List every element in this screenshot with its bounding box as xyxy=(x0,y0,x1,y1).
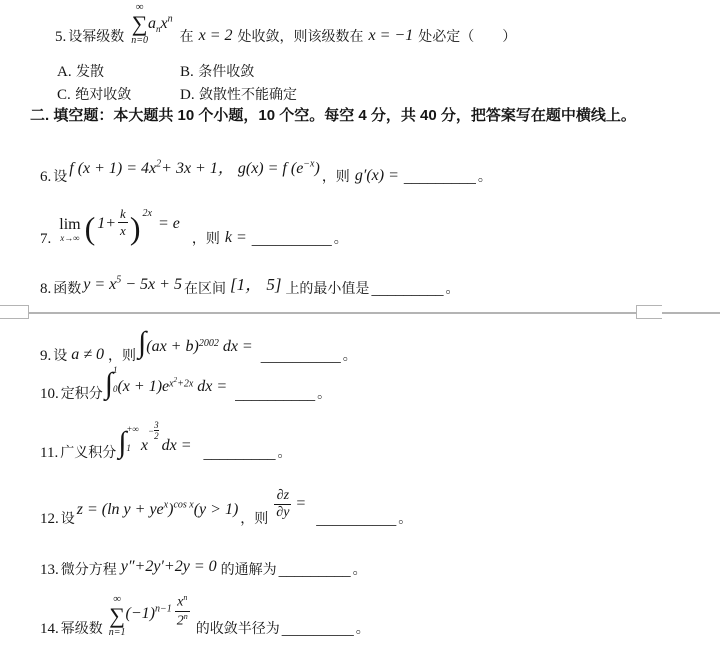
option-a: A. 发散 xyxy=(57,62,178,81)
exponent-fraction: − 3 2 xyxy=(148,420,159,441)
function-definition-formula: f (x + 1) = 4x2+ 3x + 1， g(x) = f (e−x) xyxy=(69,160,320,178)
power-series-formula: ∞ ∑ n=0 anxn xyxy=(131,2,172,46)
interval: [1， 5] xyxy=(230,276,281,295)
differential-equation: y″+2y′+2y = 0 xyxy=(121,558,217,576)
f-part2: + 3x + 1， xyxy=(161,160,234,177)
g-part1: g(x) = f (e xyxy=(238,160,303,177)
answer-blank-9: __________ xyxy=(261,349,341,365)
question-12-mid: ，则 xyxy=(240,509,268,528)
integral-symbol: ∫ xyxy=(105,371,113,397)
e-exp-rest: +2x xyxy=(177,378,193,389)
answer-blank-14: _________ xyxy=(282,622,354,638)
option-d-label: D. xyxy=(180,87,195,103)
answer-blank-8: _________ xyxy=(371,282,443,298)
one-plus: 1+ xyxy=(97,215,116,233)
z-part1: z = (ln y + ye xyxy=(77,501,164,518)
question-14: 14. 幂级数 ∞ ∑ n=1 (−1)n−1 xn 2n 的收敛半径为 ___… xyxy=(40,593,370,638)
question-10: 10. 定积分 ∫ 1 0 (x + 1)e x2+2x dx = ______… xyxy=(40,366,331,403)
option-d: D. 敛散性不能确定 xyxy=(180,85,297,104)
question-7-period: 。 xyxy=(334,229,348,248)
poly-part2: − 5x + 5 xyxy=(125,276,182,293)
question-7-mid: ，则 xyxy=(192,229,220,248)
indefinite-integral-formula: ∫ (ax + b) 2002 dx = xyxy=(138,330,253,356)
dx-equals: dx = xyxy=(162,437,192,455)
integrand: (ax + b) xyxy=(146,338,199,356)
answer-blank-13: _________ xyxy=(279,563,351,579)
question-14-lead: 幂级数 xyxy=(61,619,103,638)
integral-symbol: ∫ xyxy=(118,430,126,456)
question-11: 11. 广义积分 ∫ +∞ 1 x − 3 2 dx = _________ 。 xyxy=(40,420,292,462)
option-a-label: A. xyxy=(57,64,72,80)
question-13-number: 13. xyxy=(40,562,59,579)
polynomial-formula: y = x5 − 5x + 5 xyxy=(83,276,182,294)
f-part1: f (x + 1) = 4x xyxy=(69,160,156,177)
term-x-sup: n xyxy=(168,14,173,25)
fraction-numerator: xn xyxy=(175,593,189,611)
question-9-period: 。 xyxy=(343,346,357,365)
question-7: 7. lim x→∞ ( 1+ k x ) 2x = e ，则 k = ____… xyxy=(40,206,348,248)
question-14-mid: 的收敛半径为 xyxy=(196,619,280,638)
left-paren: ( xyxy=(85,215,96,242)
fraction-denominator: 2n xyxy=(175,611,190,630)
exp-frac-denominator: 2 xyxy=(154,430,159,441)
option-b: B. 条件收敛 xyxy=(180,62,254,81)
question-10-number: 10. xyxy=(40,386,59,403)
question-12-number: 12. xyxy=(40,511,59,528)
question-13-period: 。 xyxy=(353,560,367,579)
power-series-formula-14: ∞ ∑ n=1 (−1)n−1 xn 2n xyxy=(109,593,190,638)
g-derivative: g′(x) = xyxy=(355,167,399,185)
question-12-lead: 设 xyxy=(61,509,75,528)
question-6: 6. 设 f (x + 1) = 4x2+ 3x + 1， g(x) = f (… xyxy=(40,160,492,186)
sum-lower-limit: n=0 xyxy=(131,35,148,46)
question-5-mid1: 在 xyxy=(180,27,194,46)
question-5-tail: 处必定（ ） xyxy=(418,27,516,46)
question-5-mid2: 处收敛，则该级数在 xyxy=(238,27,364,46)
partial-z: ∂z xyxy=(275,488,291,504)
partial-y: ∂y xyxy=(274,504,291,521)
partial-derivative-fraction: ∂z ∂y xyxy=(274,488,291,521)
question-7-number: 7. xyxy=(40,231,51,248)
question-13-lead: 微分方程 xyxy=(61,560,117,579)
neg-one-exponent: n−1 xyxy=(155,603,172,614)
answer-blank-11: _________ xyxy=(204,446,276,462)
question-12: 12. 设 z = (ln y + yex)cos x(y > 1) ，则 ∂z… xyxy=(40,488,412,528)
question-8-lead: 函数 xyxy=(53,279,81,298)
question-5: 5. 设幂级数 ∞ ∑ n=0 anxn 在 x = 2 处收敛，则该级数在 x… xyxy=(55,2,516,46)
z-cosx-exponent: cos x xyxy=(173,500,193,511)
term-a: a xyxy=(148,15,156,32)
k-over-x-fraction: k x xyxy=(118,206,128,239)
option-c-label: C. xyxy=(57,87,71,103)
question-6-period: 。 xyxy=(478,167,492,186)
x-over-2-fraction: xn 2n xyxy=(175,593,190,629)
option-c: C. 绝对收敛 xyxy=(57,85,178,104)
question-10-lead: 定积分 xyxy=(61,384,103,403)
g-exponent: −x xyxy=(303,159,314,170)
z-part3: (y > 1) xyxy=(194,501,239,518)
answer-blank-12: __________ xyxy=(316,512,396,528)
sum-lower-limit: n=1 xyxy=(109,627,126,638)
options-row-2: C. 绝对收敛 D. 敛散性不能确定 xyxy=(57,85,297,104)
question-11-number: 11. xyxy=(40,445,58,462)
question-8-mid2: 上的最小值是 xyxy=(285,279,369,298)
answer-blank-7: __________ xyxy=(252,232,332,248)
definite-integral-formula: ∫ 1 0 (x + 1)e x2+2x dx = xyxy=(105,366,227,396)
question-8: 8. 函数 y = x5 − 5x + 5 在区间 [1， 5] 上的最小值是 … xyxy=(40,276,459,298)
condition-x-neg1: x = −1 xyxy=(369,27,414,45)
question-8-period: 。 xyxy=(445,279,459,298)
question-8-mid1: 在区间 xyxy=(184,279,226,298)
question-5-number: 5. xyxy=(55,29,66,46)
question-9-mid: ，则 xyxy=(108,346,136,365)
frac-den-2: 2 xyxy=(177,613,184,628)
neg-one: (−1) xyxy=(126,605,155,622)
question-12-period: 。 xyxy=(398,509,412,528)
improper-integral-formula: ∫ +∞ 1 x − 3 2 dx = xyxy=(118,420,191,455)
answer-blank-6: _________ xyxy=(404,170,476,186)
section-2-title: 二. 填空题：本大题共 10 个小题，10 个空。每空 4 分，共 40 分，把… xyxy=(30,106,636,126)
question-14-period: 。 xyxy=(356,619,370,638)
fraction-denominator-x: x xyxy=(118,222,128,239)
equals-sign: = xyxy=(295,495,306,513)
page-break-right-marker xyxy=(636,305,662,319)
sigma-stack: ∞ ∑ n=0 xyxy=(131,2,148,46)
integrand: (x + 1)e xyxy=(117,378,169,396)
g-part2: ) xyxy=(314,160,319,177)
integrand-x: x xyxy=(141,437,148,455)
exponent-three-halves: 3 2 xyxy=(154,420,159,441)
question-13-mid: 的通解为 xyxy=(221,560,277,579)
question-6-number: 6. xyxy=(40,169,51,186)
k-equals: k = xyxy=(225,229,247,247)
question-11-period: 。 xyxy=(278,443,292,462)
question-8-number: 8. xyxy=(40,281,51,298)
question-6-lead: 设 xyxy=(53,167,67,186)
sigma-symbol: ∑ xyxy=(132,13,148,35)
exp-frac-numerator: 3 xyxy=(154,420,159,430)
question-6-mid: ，则 xyxy=(322,167,350,186)
equals-e: = e xyxy=(158,215,180,233)
alternating-term: (−1)n−1 xyxy=(126,605,172,623)
condition-x2: x = 2 xyxy=(199,27,233,45)
poly-part1: y = x xyxy=(83,276,116,293)
option-a-text: 发散 xyxy=(76,63,104,79)
question-9: 9. 设 a ≠ 0 ，则 ∫ (ax + b) 2002 dx = _____… xyxy=(40,330,357,365)
fraction-numerator-k: k xyxy=(118,206,128,222)
question-10-period: 。 xyxy=(317,384,331,403)
sum-term: anxn xyxy=(148,15,173,33)
a-not-zero: a ≠ 0 xyxy=(71,346,104,364)
question-9-lead: 设 xyxy=(53,346,67,365)
sigma-stack: ∞ ∑ n=1 xyxy=(109,594,126,638)
option-b-label: B. xyxy=(180,64,194,80)
dx-equals: dx = xyxy=(223,338,253,356)
option-d-text: 敛散性不能确定 xyxy=(199,86,297,102)
question-9-number: 9. xyxy=(40,348,51,365)
lim-subscript: x→∞ xyxy=(60,233,79,244)
term-x: x xyxy=(161,15,168,32)
option-c-text: 绝对收敛 xyxy=(75,86,131,102)
dx-equals: dx = xyxy=(197,378,227,396)
z-definition-formula: z = (ln y + yex)cos x(y > 1) xyxy=(77,501,239,519)
options-row-1: A. 发散 B. 条件收敛 xyxy=(57,62,254,81)
page-break-line xyxy=(0,312,720,314)
question-13: 13. 微分方程 y″+2y′+2y = 0 的通解为 _________ 。 xyxy=(40,558,367,579)
limit-stack: lim x→∞ xyxy=(59,217,80,244)
frac-den-exp: n xyxy=(184,612,188,621)
integral-limits: +∞ 1 xyxy=(126,425,139,455)
e-exponent: x2+2x xyxy=(169,380,193,384)
page-break-left-marker xyxy=(0,305,29,319)
integral-symbol: ∫ xyxy=(138,330,146,356)
option-b-text: 条件收敛 xyxy=(198,63,254,79)
right-paren: ) xyxy=(130,215,141,242)
question-5-lead: 设幂级数 xyxy=(68,27,124,46)
poly-exponent: 5 xyxy=(116,275,121,286)
answer-blank-10: __________ xyxy=(235,387,315,403)
question-14-number: 14. xyxy=(40,621,59,638)
exam-document: 5. 设幂级数 ∞ ∑ n=0 anxn 在 x = 2 处收敛，则该级数在 x… xyxy=(0,0,720,659)
section-2-header: 二. 填空题：本大题共 10 个小题，10 个空。每空 4 分，共 40 分，把… xyxy=(30,106,636,126)
question-11-lead: 广义积分 xyxy=(60,443,116,462)
sigma-symbol: ∑ xyxy=(109,605,125,627)
integral-upper-limit: +∞ xyxy=(126,425,139,434)
integral-upper-limit: 1 xyxy=(113,366,118,375)
lim-word: lim xyxy=(59,217,80,233)
integral-lower-limit: 1 xyxy=(126,444,139,453)
frac-num-exp: n xyxy=(183,593,187,602)
